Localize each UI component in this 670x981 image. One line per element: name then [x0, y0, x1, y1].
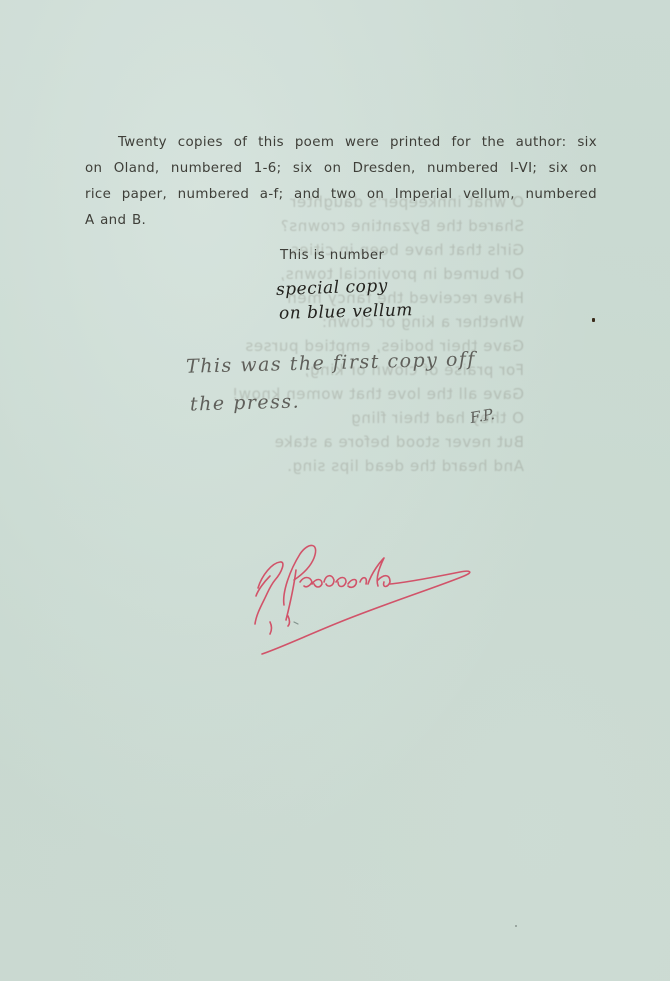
- handwritten-copy-note-line: special copy: [276, 276, 388, 300]
- copy-number-label: This is number: [280, 248, 384, 263]
- paper-speck: [515, 925, 517, 927]
- colophon-paragraph: Twenty copies of this poem were printed …: [85, 130, 597, 234]
- pencil-note-line: the press.: [190, 391, 301, 416]
- handwritten-copy-note-line: on blue vellum: [279, 300, 413, 323]
- author-signature: [250, 530, 480, 670]
- colophon-line: rice paper, numbered a-f; and two on Imp…: [85, 182, 597, 208]
- paper-speck: [592, 318, 595, 322]
- colophon-line: on Oland, numbered 1-6; six on Dresden, …: [85, 156, 597, 182]
- showthrough-line: And heard the dead lips sing.: [184, 454, 524, 478]
- showthrough-line: But never stood before a stake: [184, 430, 524, 454]
- colophon-line: A and B.: [85, 208, 597, 234]
- colophon-line: Twenty copies of this poem were printed …: [85, 130, 597, 156]
- document-page: O what innkeeper's daughter Shared the B…: [0, 0, 670, 981]
